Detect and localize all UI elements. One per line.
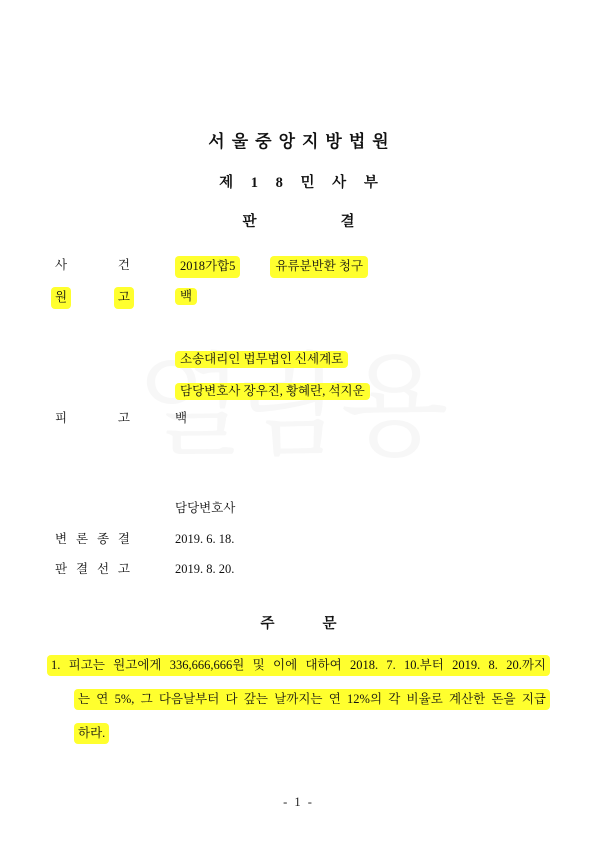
closing-date-row: 변 론 종 결 2019. 6. 18. (47, 530, 550, 549)
order-heading: 주문 (47, 612, 550, 633)
order-line-3: 하라. (74, 723, 109, 744)
defendant-label: 피 고 (55, 409, 130, 428)
plaintiff-representative-row: 소송대리인 법무법인 신세계로 (47, 350, 550, 369)
case-label: 사 건 (55, 256, 130, 275)
ruling-date-label: 판 결 선 고 (55, 560, 130, 579)
plaintiff-representative: 소송대리인 법무법인 신세계로 (175, 351, 348, 368)
ruling-label-char: 결 (76, 560, 88, 579)
plaintiff-label: 원 고 (55, 287, 130, 309)
ruling-label-char: 판 (55, 560, 67, 579)
closing-label-char: 변 (55, 530, 67, 549)
plaintiff-row: 원 고 백 (47, 287, 550, 309)
ruling-label-char: 고 (118, 560, 130, 579)
plaintiff-attorneys-row: 담당변호사 장우진, 황혜란, 석지운 (47, 382, 550, 401)
plaintiff-name-wrap: 백 (175, 287, 197, 306)
plaintiff-label-char: 고 (114, 287, 134, 309)
case-number: 2018가합5 (175, 256, 240, 278)
plaintiff-name: 백 (175, 288, 197, 305)
division-title: 제 1 8 민 사 부 (47, 171, 550, 192)
defendant-attorney-row: 담당변호사 (47, 499, 550, 518)
case-title: 유류분반환 청구 (270, 256, 368, 278)
closing-label-char: 결 (118, 530, 130, 549)
plaintiff-attorneys: 담당변호사 장우진, 황혜란, 석지운 (175, 383, 370, 400)
defendant-attorney-label: 담당변호사 (175, 499, 235, 518)
closing-label-char: 론 (76, 530, 88, 549)
defendant-label-char: 피 (55, 409, 67, 428)
ruling-date-row: 판 결 선 고 2019. 8. 20. (47, 560, 550, 579)
case-value: 2018가합5 유류분반환 청구 (175, 256, 368, 278)
defendant-name: 백 (175, 409, 187, 428)
case-label-char: 사 (55, 256, 67, 275)
ruling-label-char: 선 (97, 560, 109, 579)
court-name-title: 서울중앙지방법원 (47, 127, 550, 152)
order-line-2: 는 연 5%, 그 다음날부터 다 갚는 날까지는 연 12%의 각 비율로 계… (74, 689, 550, 710)
document-type-title: 판결 (47, 210, 550, 231)
defendant-row: 피 고 백 (47, 409, 550, 428)
case-label-char: 건 (118, 256, 130, 275)
defendant-label-char: 고 (118, 409, 130, 428)
closing-date-label: 변 론 종 결 (55, 530, 130, 549)
order-line-1: 1. 피고는 원고에게 336,666,666원 및 이에 대하여 2018. … (47, 655, 550, 676)
page-number: - 1 - (47, 795, 550, 810)
plaintiff-label-char: 원 (51, 287, 71, 309)
judgment-page: 열람용 서울중앙지방법원 제 1 8 민 사 부 판결 사 건 2018가합5 … (0, 0, 595, 842)
attorneys-wrap: 담당변호사 장우진, 황혜란, 석지운 (175, 382, 370, 401)
closing-date-value: 2019. 6. 18. (175, 530, 234, 549)
representative-wrap: 소송대리인 법무법인 신세계로 (175, 350, 348, 369)
closing-label-char: 종 (97, 530, 109, 549)
case-row: 사 건 2018가합5 유류분반환 청구 (47, 256, 550, 278)
ruling-date-value: 2019. 8. 20. (175, 560, 234, 579)
